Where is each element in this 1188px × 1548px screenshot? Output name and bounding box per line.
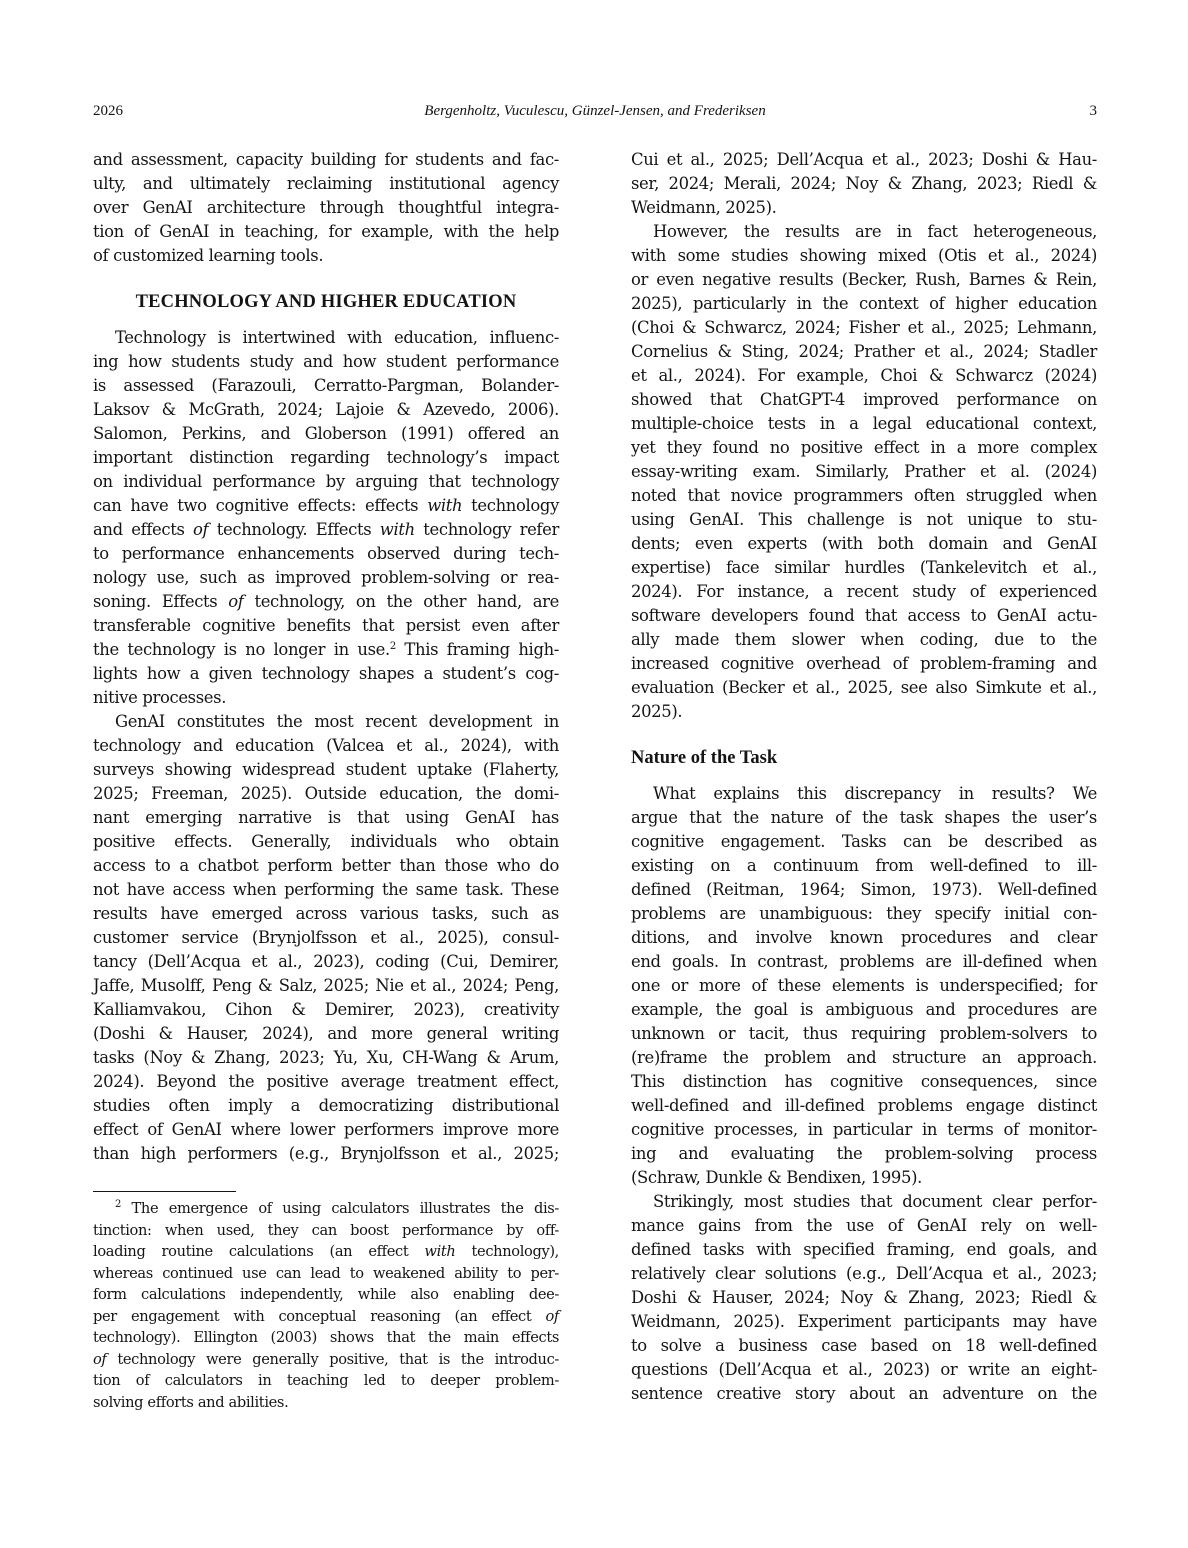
text-line: ing and evaluating the problem-solving p… <box>631 1142 1097 1166</box>
text-line: ulty, and ultimately reclaiming institut… <box>93 172 559 196</box>
text-line: Kalliamvakou, Cihon & Demirer, 2023), cr… <box>93 998 559 1022</box>
text-line: Strikingly, most studies that document c… <box>631 1190 1097 1214</box>
text-line: cognitive processes, in particular in te… <box>631 1118 1097 1142</box>
text-line: (Choi & Schwarcz, 2024; Fisher et al., 2… <box>631 316 1097 340</box>
text-line: tancy (Dell’Acqua et al., 2023), coding … <box>93 950 559 974</box>
footnote-marker: 2 <box>115 1199 121 1210</box>
text-line: 2025; Freeman, 2025). Outside education,… <box>93 782 559 806</box>
text-line: tinction: when used, they can boost perf… <box>93 1220 559 1242</box>
text-line: form calculations independently, while a… <box>93 1284 559 1306</box>
text-line: showed that ChatGPT-4 improved performan… <box>631 388 1097 412</box>
text-line: loading routine calculations (an effect … <box>93 1241 559 1263</box>
text-line: defined (Reitman, 1964; Simon, 1973). We… <box>631 878 1097 902</box>
text-line: evaluation (Becker et al., 2025, see als… <box>631 676 1097 700</box>
text-line: per engagement with conceptual reasoning… <box>93 1306 559 1328</box>
text-line: increased cognitive overhead of problem-… <box>631 652 1097 676</box>
text-line: Laksov & McGrath, 2024; Lajoie & Azevedo… <box>93 398 559 422</box>
text-line: nitive processes. <box>93 686 559 710</box>
section-heading: TECHNOLOGY AND HIGHER EDUCATION <box>93 290 559 314</box>
text-line: (Schraw, Dunkle & Bendixen, 1995). <box>631 1166 1097 1190</box>
text-line: argue that the nature of the task shapes… <box>631 806 1097 830</box>
text-line: nant emerging narrative is that using Ge… <box>93 806 559 830</box>
text-line: This distinction has cognitive consequen… <box>631 1070 1097 1094</box>
text-line: dents; even experts (with both domain an… <box>631 532 1097 556</box>
text-line: tion of GenAI in teaching, for example, … <box>93 220 559 244</box>
text-line: ing how students study and how student p… <box>93 350 559 374</box>
text-line: What explains this discrepancy in result… <box>631 782 1097 806</box>
text-line: Doshi & Hauser, 2024; Noy & Zhang, 2023;… <box>631 1286 1097 1310</box>
text-line: Cornelius & Sting, 2024; Prather et al.,… <box>631 340 1097 364</box>
paragraph-technology: Technology is intertwined with education… <box>93 326 559 710</box>
paragraph-strikingly: Strikingly, most studies that document c… <box>631 1190 1097 1406</box>
running-head: 2026 Bergenholtz, Vuculescu, Günzel-Jens… <box>93 103 1097 123</box>
footnote-2: 2 The emergence of using calculators ill… <box>93 1198 559 1413</box>
text-line: the technology is no longer in use.2 Thi… <box>93 638 559 662</box>
text-line: to performance enhancements observed dur… <box>93 542 559 566</box>
text-line: example, the goal is ambiguous and proce… <box>631 998 1097 1022</box>
text-line: can have two cognitive effects: effects … <box>93 494 559 518</box>
text-line: and assessment, capacity building for st… <box>93 148 559 172</box>
text-line: sentence creative story about an adventu… <box>631 1382 1097 1406</box>
text-line: nology use, such as improved problem-sol… <box>93 566 559 590</box>
text-line: expertise) face similar hurdles (Tankele… <box>631 556 1097 580</box>
text-line: Weidmann, 2025). <box>631 196 1097 220</box>
text-line: yet they found no positive effect in a m… <box>631 436 1097 460</box>
text-line: technology and education (Valcea et al.,… <box>93 734 559 758</box>
subsection-heading: Nature of the Task <box>631 746 1097 770</box>
text-line: solving efforts and abilities. <box>93 1392 559 1414</box>
text-line: unknown or tacit, thus requiring problem… <box>631 1022 1097 1046</box>
text-line: access to a chatbot perform better than … <box>93 854 559 878</box>
left-column: and assessment, capacity building for st… <box>93 148 559 1166</box>
text-line: with some studies showing mixed (Otis et… <box>631 244 1097 268</box>
text-line: to solve a business case based on 18 wel… <box>631 1334 1097 1358</box>
text-line: Weidmann, 2025). Experiment participants… <box>631 1310 1097 1334</box>
text-line: than high performers (e.g., Brynjolfsson… <box>93 1142 559 1166</box>
footnote-divider <box>93 1191 236 1192</box>
text-line: surveys showing widespread student uptak… <box>93 758 559 782</box>
text-line: soning. Effects of technology, on the ot… <box>93 590 559 614</box>
text-line: ditions, and involve known procedures an… <box>631 926 1097 950</box>
text-line: using GenAI. This challenge is not uniqu… <box>631 508 1097 532</box>
text-line: important distinction regarding technolo… <box>93 446 559 470</box>
text-line: technology). Ellington (2003) shows that… <box>93 1327 559 1349</box>
text-line: positive effects. Generally, individuals… <box>93 830 559 854</box>
text-line: 2025). <box>631 700 1097 724</box>
paragraph-genai: GenAI constitutes the most recent develo… <box>93 710 559 1166</box>
text-line: noted that novice programmers often stru… <box>631 484 1097 508</box>
text-line: et al., 2024). For example, Choi & Schwa… <box>631 364 1097 388</box>
text-line: Cui et al., 2025; Dell’Acqua et al., 202… <box>631 148 1097 172</box>
text-line: GenAI constitutes the most recent develo… <box>93 710 559 734</box>
text-line: However, the results are in fact heterog… <box>631 220 1097 244</box>
text-line: or even negative results (Becker, Rush, … <box>631 268 1097 292</box>
text-line: ally made them slower when coding, due t… <box>631 628 1097 652</box>
text-line: Technology is intertwined with education… <box>93 326 559 350</box>
text-line: tion of calculators in teaching led to d… <box>93 1370 559 1392</box>
text-line: relatively clear solutions (e.g., Dell’A… <box>631 1262 1097 1286</box>
right-column: Cui et al., 2025; Dell’Acqua et al., 202… <box>631 148 1097 1406</box>
text-line: multiple-choice tests in a legal educati… <box>631 412 1097 436</box>
page-number: 3 <box>1090 103 1098 120</box>
text-line: ser, 2024; Merali, 2024; Noy & Zhang, 20… <box>631 172 1097 196</box>
text-line: 2 The emergence of using calculators ill… <box>93 1198 559 1220</box>
text-line: is assessed (Farazouli, Cerratto-Pargman… <box>93 374 559 398</box>
text-line: studies often imply a democratizing dist… <box>93 1094 559 1118</box>
text-line: well-defined and ill-defined problems en… <box>631 1094 1097 1118</box>
text-line: problems are unambiguous: they specify i… <box>631 902 1097 926</box>
text-line: tasks (Noy & Zhang, 2023; Yu, Xu, CH-Wan… <box>93 1046 559 1070</box>
text-line: not have access when performing the same… <box>93 878 559 902</box>
text-line: end goals. In contrast, problems are ill… <box>631 950 1097 974</box>
text-line: existing on a continuum from well-define… <box>631 854 1097 878</box>
running-head-authors: Bergenholtz, Vuculescu, Günzel-Jensen, a… <box>93 103 1097 120</box>
text-line: transferable cognitive benefits that per… <box>93 614 559 638</box>
text-line: lights how a given technology shapes a s… <box>93 662 559 686</box>
text-line: defined tasks with specified framing, en… <box>631 1238 1097 1262</box>
text-line: one or more of these elements is undersp… <box>631 974 1097 998</box>
text-line: essay-writing exam. Similarly, Prather e… <box>631 460 1097 484</box>
text-line: (Doshi & Hauser, 2024), and more general… <box>93 1022 559 1046</box>
text-line: of customized learning tools. <box>93 244 559 268</box>
text-line: 2024). For instance, a recent study of e… <box>631 580 1097 604</box>
text-line: over GenAI architecture through thoughtf… <box>93 196 559 220</box>
text-line: Jaffe, Musolff, Peng & Salz, 2025; Nie e… <box>93 974 559 998</box>
text-line: and effects of technology. Effects with … <box>93 518 559 542</box>
text-line: mance gains from the use of GenAI rely o… <box>631 1214 1097 1238</box>
text-line: of technology were generally positive, t… <box>93 1349 559 1371</box>
text-line: questions (Dell’Acqua et al., 2023) or w… <box>631 1358 1097 1382</box>
paragraph-what-explains: What explains this discrepancy in result… <box>631 782 1097 1190</box>
text-line: software developers found that access to… <box>631 604 1097 628</box>
text-line: whereas continued use can lead to weaken… <box>93 1263 559 1285</box>
text-line: 2024). Beyond the positive average treat… <box>93 1070 559 1094</box>
text-line: Salomon, Perkins, and Globerson (1991) o… <box>93 422 559 446</box>
text-line: (re)frame the problem and structure an a… <box>631 1046 1097 1070</box>
text-line: results have emerged across various task… <box>93 902 559 926</box>
paragraph-however: However, the results are in fact heterog… <box>631 220 1097 724</box>
text-line: on individual performance by arguing tha… <box>93 470 559 494</box>
paragraph-continued: Cui et al., 2025; Dell’Acqua et al., 202… <box>631 148 1097 220</box>
intro-paragraph: and assessment, capacity building for st… <box>93 148 559 268</box>
text-line: cognitive engagement. Tasks can be descr… <box>631 830 1097 854</box>
text-line: 2025), particularly in the context of hi… <box>631 292 1097 316</box>
text-line: effect of GenAI where lower performers i… <box>93 1118 559 1142</box>
text-line: customer service (Brynjolfsson et al., 2… <box>93 926 559 950</box>
